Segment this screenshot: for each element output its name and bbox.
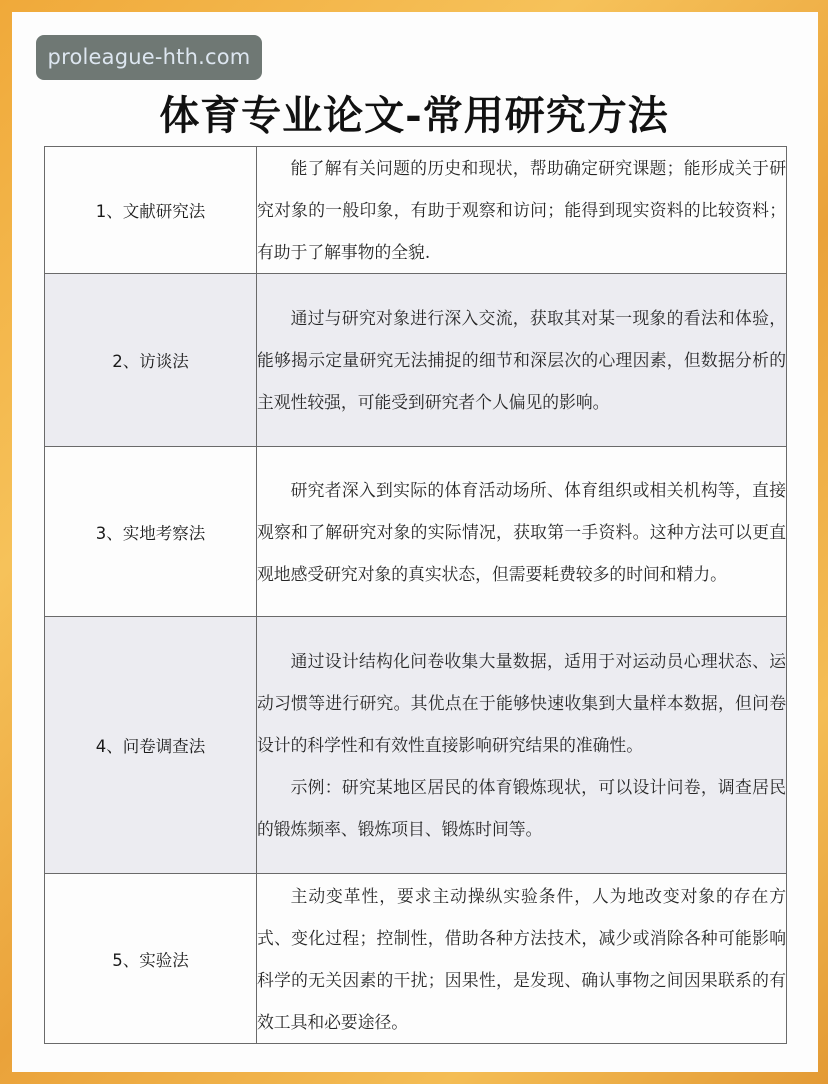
- table-row: 1、文献研究法 能了解有关问题的历史和现状，帮助确定研究课题；能形成关于研究对象…: [45, 147, 787, 274]
- table-row: 4、问卷调查法 通过设计结构化问卷收集大量数据，适用于对运动员心理状态、运动习惯…: [45, 617, 787, 874]
- description-paragraph: 研究者深入到实际的体育活动场所、体育组织或相关机构等，直接观察和了解研究对象的实…: [257, 469, 786, 595]
- methods-table: 1、文献研究法 能了解有关问题的历史和现状，帮助确定研究课题；能形成关于研究对象…: [44, 146, 787, 1044]
- method-description: 通过设计结构化问卷收集大量数据，适用于对运动员心理状态、运动习惯等进行研究。其优…: [257, 617, 787, 874]
- table-row: 3、实地考察法 研究者深入到实际的体育活动场所、体育组织或相关机构等，直接观察和…: [45, 447, 787, 617]
- table-row: 2、访谈法 通过与研究对象进行深入交流，获取其对某一现象的看法和体验，能够揭示定…: [45, 274, 787, 447]
- table-row: 5、实验法 主动变革性，要求主动操纵实验条件，人为地改变对象的存在方式、变化过程…: [45, 874, 787, 1044]
- method-name: 2、访谈法: [45, 274, 257, 447]
- watermark-badge: proleague-hth.com: [36, 35, 262, 80]
- method-description: 通过与研究对象进行深入交流，获取其对某一现象的看法和体验，能够揭示定量研究无法捕…: [257, 274, 787, 447]
- method-name: 3、实地考察法: [45, 447, 257, 617]
- method-name: 5、实验法: [45, 874, 257, 1044]
- method-description: 能了解有关问题的历史和现状，帮助确定研究课题；能形成关于研究对象的一般印象，有助…: [257, 147, 787, 274]
- description-paragraph: 主动变革性，要求主动操纵实验条件，人为地改变对象的存在方式、变化过程；控制性，借…: [257, 875, 786, 1043]
- method-name: 4、问卷调查法: [45, 617, 257, 874]
- method-name: 1、文献研究法: [45, 147, 257, 274]
- description-paragraph: 能了解有关问题的历史和现状，帮助确定研究课题；能形成关于研究对象的一般印象，有助…: [257, 147, 786, 273]
- description-paragraph: 通过设计结构化问卷收集大量数据，适用于对运动员心理状态、运动习惯等进行研究。其优…: [257, 640, 786, 766]
- method-description: 主动变革性，要求主动操纵实验条件，人为地改变对象的存在方式、变化过程；控制性，借…: [257, 874, 787, 1044]
- method-description: 研究者深入到实际的体育活动场所、体育组织或相关机构等，直接观察和了解研究对象的实…: [257, 447, 787, 617]
- description-paragraph: 通过与研究对象进行深入交流，获取其对某一现象的看法和体验，能够揭示定量研究无法捕…: [257, 297, 786, 423]
- page-title: 体育专业论文-常用研究方法: [0, 84, 828, 141]
- example-paragraph: 示例：研究某地区居民的体育锻炼现状，可以设计问卷，调查居民的锻炼频率、锻炼项目、…: [257, 766, 786, 850]
